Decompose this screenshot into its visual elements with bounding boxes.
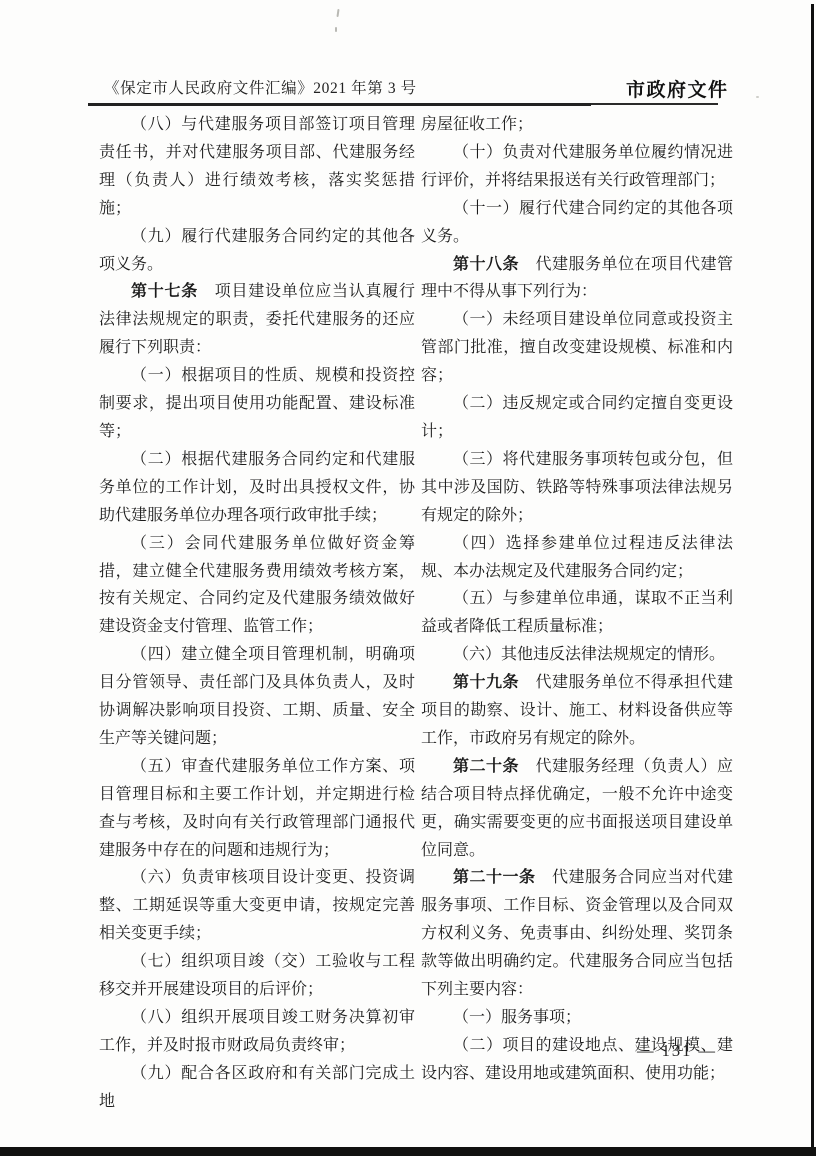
- paragraph: （四）建立健全项目管理机制，明确项目分管领导、责任部门及具体负责人，及时协调解决…: [99, 641, 415, 753]
- paragraph: （五）与参建单位串通，谋取不正当利益或者降低工程质量标准；: [421, 585, 733, 641]
- article-number: 第十九条: [453, 674, 519, 691]
- scan-speck: [756, 96, 759, 98]
- scan-speck: [336, 9, 339, 17]
- paragraph: 房屋征收工作；: [421, 111, 733, 139]
- paragraph: （三）将代建服务事项转包或分包，但其中涉及国防、铁路等特殊事项法律法规另有规定的…: [421, 446, 733, 530]
- paragraph: （十一）履行代建合同约定的其他各项义务。: [421, 195, 733, 251]
- paragraph: （五）审查代建服务单位工作方案、项目管理目标和主要工作计划，并定期进行检查与考核…: [99, 753, 415, 865]
- scanned-document-page: 《保定市人民政府文件汇编》2021 年第 3 号 市政府文件 （八）与代建服务项…: [0, 0, 816, 1156]
- article-number: 第十八条: [453, 256, 519, 273]
- right-column: 房屋征收工作；（十）负责对代建服务单位履约情况进行评价，并将结果报送有关行政管理…: [421, 111, 733, 1088]
- paragraph: 第十九条 代建服务单位不得承担代建项目的勘察、设计、施工、材料设备供应等工作，市…: [421, 669, 733, 753]
- scan-edge-bottom: [0, 1147, 816, 1156]
- paragraph: （一）服务事项；: [421, 1004, 733, 1032]
- header-series-title: 《保定市人民政府文件汇编》2021 年第 3 号: [104, 76, 417, 98]
- paragraph: （八）组织开展项目竣工财务决算初审工作，并及时报市财政局负责终审；: [99, 1004, 415, 1060]
- paragraph: （八）与代建服务项目部签订项目管理责任书，并对代建服务项目部、代建服务经理（负责…: [99, 111, 415, 223]
- paragraph: （九）履行代建服务合同约定的其他各项义务。: [99, 223, 415, 279]
- article-number: 第十七条: [131, 283, 198, 300]
- paragraph: 第十七条 项目建设单位应当认真履行法律法规规定的职责，委托代建服务的还应履行下列…: [99, 278, 415, 362]
- paragraph: （二）违反规定或合同约定擅自变更设计；: [421, 390, 733, 446]
- paragraph: （九）配合各区政府和有关部门完成土地: [99, 1060, 415, 1116]
- scan-speck: [335, 27, 337, 32]
- page-number: — 131 —: [592, 1041, 762, 1061]
- header-doc-type-label: 市政府文件: [626, 75, 729, 102]
- paragraph: （三）会同代建服务单位做好资金筹措，建立健全代建服务费用绩效考核方案，按有关规定…: [99, 530, 415, 642]
- article-number: 第二十一条: [453, 869, 536, 886]
- header-rule-thick-segment: [88, 103, 591, 106]
- paragraph: 第十八条 代建服务单位在项目代建管理中不得从事下列行为：: [421, 251, 733, 307]
- article-number: 第二十条: [453, 758, 519, 775]
- paragraph: （六）负责审核项目设计变更、投资调整、工期延误等重大变更申请，按规定完善相关变更…: [99, 864, 415, 948]
- scan-edge-right: [811, 4, 814, 1150]
- paragraph: 第二十一条 代建服务合同应当对代建服务事项、工作目标、资金管理以及合同双方权利义…: [421, 864, 733, 1004]
- paragraph: （七）组织项目竣（交）工验收与工程移交并开展建设项目的后评价；: [99, 948, 415, 1004]
- paragraph: （二）根据代建服务合同约定和代建服务单位的工作计划，及时出具授权文件，协助代建服…: [99, 446, 415, 530]
- paragraph: （四）选择参建单位过程违反法律法规、本办法规定及代建服务合同约定；: [421, 530, 733, 586]
- paragraph: （六）其他违反法律法规规定的情形。: [421, 641, 733, 669]
- left-column: （八）与代建服务项目部签订项目管理责任书，并对代建服务项目部、代建服务经理（负责…: [99, 111, 415, 1116]
- paragraph: （十）负责对代建服务单位履约情况进行评价，并将结果报送有关行政管理部门；: [421, 139, 733, 195]
- paragraph: （一）根据项目的性质、规模和投资控制要求，提出项目使用功能配置、建设标准等；: [99, 362, 415, 446]
- paragraph: （一）未经项目建设单位同意或投资主管部门批准，擅自改变建设规模、标准和内容；: [421, 306, 733, 390]
- paragraph: 第二十条 代建服务经理（负责人）应结合项目特点择优确定，一般不允许中途变更，确实…: [421, 753, 733, 865]
